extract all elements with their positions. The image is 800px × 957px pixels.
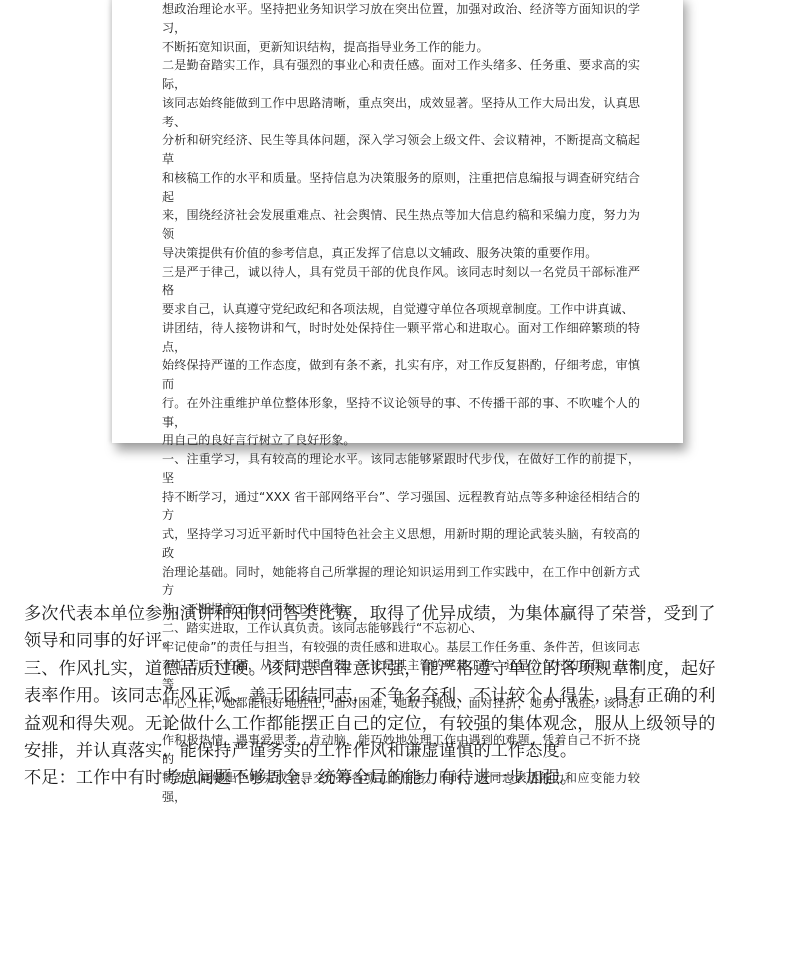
text-line: 三是严于律己，诚以待人，具有党员干部的优良作风。该同志时刻以一名党员干部标准严格 (162, 263, 640, 301)
text-line: 多次代表本单位参加演讲和知识问答类比赛，取得了优异成绩，为集体赢得了荣誉，受到了 (24, 601, 780, 628)
text-line: 行。在外注重维护单位整体形象，坚持不议论领导的事、不传播干部的事、不吹嘘个人的事… (162, 394, 640, 432)
text-line: 想政治理论水平。坚持把业务知识学习放在突出位置，加强对政治、经济等方面知识的学习… (162, 0, 640, 38)
text-line: 讲团结，待人接物讲和气，时时处处保持住一颗平常心和进取心。面对工作细碎繁琐的特点… (162, 319, 640, 357)
text-line: 治理论基础。同时，她能将自己所掌握的理论知识运用到工作实践中，在工作中创新方式方 (162, 563, 640, 601)
text-line: 始终保持严谨的工作态度，做到有条不紊，扎实有序，对工作反复斟酌，仔细考虑，审慎而 (162, 356, 640, 394)
text-line: 二是勤奋踏实工作，具有强烈的事业心和责任感。面对工作头绪多、任务重、要求高的实际… (162, 56, 640, 94)
text-line: 安排，并认真落实，能保持严谨务实的工作作风和谦虚谨慎的工作态度。 (24, 738, 780, 765)
text-line: 用自己的良好言行树立了良好形象。 (162, 431, 640, 450)
text-line: 表率作用。该同志作风正派、善于团结同志，不争名夺利、不计较个人得失，具有正确的利 (24, 683, 780, 710)
text-line: 持不断学习，通过“XXX 省干部网络平台”、学习强国、远程教育站点等多种途径相结… (162, 488, 640, 526)
document-body-text: 多次代表本单位参加演讲和知识问答类比赛，取得了优异成绩，为集体赢得了荣誉，受到了… (24, 601, 780, 793)
text-line: 式，坚持学习习近平新时代中国特色社会主义思想，用新时期的理论武装头脑，有较高的政 (162, 525, 640, 563)
text-line: 导决策提供有价值的参考信息，真正发挥了信息以文辅政、服务决策的重要作用。 (162, 244, 640, 263)
text-line: 分析和研究经济、民生等具体问题，深入学习领会上级文件、会议精神，不断提高文稿起草 (162, 131, 640, 169)
text-line: 领导和同事的好评。 (24, 628, 780, 655)
text-line: 益观和得失观。无论做什么工作都能摆正自己的定位，有较强的集体观念，服从上级领导的 (24, 711, 780, 738)
text-line: 该同志始终能做到工作中思路清晰，重点突出，成效显著。坚持从工作大局出发，认真思考… (162, 94, 640, 132)
text-line: 一、注重学习，具有较高的理论水平。该同志能够紧跟时代步伐，在做好工作的前提下，坚 (162, 450, 640, 488)
text-line: 三、作风扎实，道德品质过硬。该同志自律意识强，能严格遵守单位的各项规章制度，起好 (24, 656, 780, 683)
document-page-preview: 想政治理论水平。坚持把业务知识学习放在突出位置，加强对政治、经济等方面知识的学习… (112, 0, 683, 443)
text-line: 来，围绕经济社会发展重难点、社会舆情、民生热点等加大信息约稿和采编力度，努力为领 (162, 206, 640, 244)
text-line: 不断拓宽知识面，更新知识结构，提高指导业务工作的能力。 (162, 38, 640, 57)
text-line: 和核稿工作的水平和质量。坚持信息为决策服务的原则，注重把信息编报与调查研究结合起 (162, 169, 640, 207)
text-line: 要求自己，认真遵守党纪政纪和各项法规，自觉遵守单位各项规章制度。工作中讲真诚、 (162, 300, 640, 319)
text-line: 不足：工作中有时考虑问题不够周全、统筹全局的能力有待进一步加强。 (24, 765, 780, 792)
